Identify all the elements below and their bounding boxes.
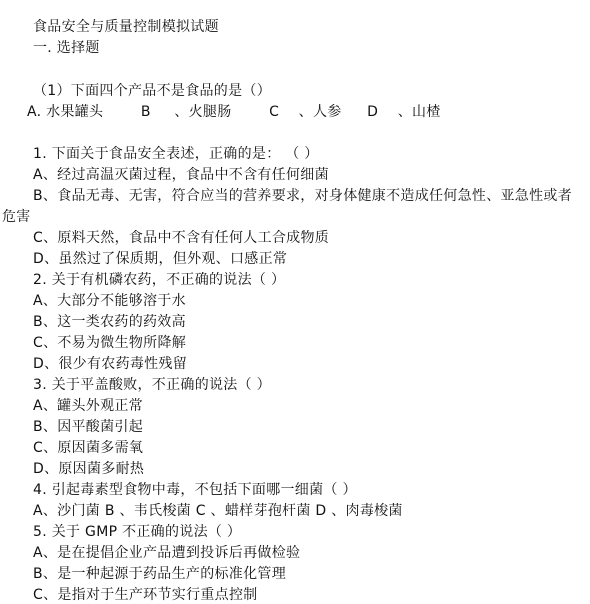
question-1-option-b-wrap: 危害	[2, 207, 31, 227]
question-4-options: A、沙门菌 B 、韦氏梭菌 C 、蜡样芽孢杆菌 D 、肉毒梭菌	[33, 501, 403, 521]
question-1-stem: 1. 下面关于食品安全表述，正确的是： （ ）	[33, 144, 319, 164]
question-5-option-c: C、是指对于生产环节实行重点控制	[33, 585, 258, 604]
question-3-option-a: A、罐头外观正常	[33, 396, 143, 416]
intro-question-options: A. 水果罐头 B 、火腿肠 C 、人参 D 、山楂	[27, 102, 441, 122]
question-5-option-b: B、是一种起源于药品生产的标准化管理	[33, 564, 286, 584]
question-2-option-d: D、很少有农药毒性残留	[33, 354, 187, 374]
question-3-stem: 3. 关于平盖酸败，不正确的说法（ ）	[33, 375, 271, 395]
option-letter: C	[269, 104, 279, 120]
option-letter: D	[367, 104, 378, 120]
question-2-option-a: A、大部分不能够溶于水	[33, 291, 186, 311]
question-1-option-d: D、虽然过了保质期，但外观、口感正常	[33, 249, 287, 269]
question-3-option-b: B、因平酸菌引起	[33, 417, 143, 437]
question-2-option-b: B、这一类农药的药效高	[33, 312, 186, 332]
question-1-option-b: B、食品无毒、无害，符合应当的营养要求，对身体健康不造成任何急性、亚急性或者	[33, 186, 572, 206]
question-5-option-a: A、是在提倡企业产品遭到投诉后再做检验	[33, 543, 300, 563]
option-text: 、山楂	[398, 104, 441, 120]
option-letter: A.	[27, 104, 41, 120]
question-3-option-d: D、原因菌多耐热	[33, 459, 144, 479]
option-letter: B	[141, 104, 151, 120]
option-text: 、人参	[299, 104, 342, 120]
option-text: 、火腿肠	[174, 104, 231, 120]
question-2-option-c: C、不易为微生物所降解	[33, 333, 186, 353]
question-1-option-c: C、原料天然，食品中不含有任何人工合成物质	[33, 228, 329, 248]
document-page: 食品安全与质量控制模拟试题 一. 选择题 （1）下面四个产品不是食品的是（） A…	[0, 0, 590, 604]
question-5-stem: 5. 关于 GMP 不正确的说法（ ）	[33, 522, 241, 542]
document-title: 食品安全与质量控制模拟试题	[33, 17, 219, 37]
intro-question-stem: （1）下面四个产品不是食品的是（）	[33, 81, 271, 101]
question-4-stem: 4. 引起毒素型食物中毒，不包括下面哪一细菌（ ）	[33, 480, 357, 500]
section-heading: 一. 选择题	[33, 38, 100, 58]
question-2-stem: 2. 关于有机磷农药，不正确的说法（ ）	[33, 270, 285, 290]
question-3-option-c: C、原因菌多需氧	[33, 438, 143, 458]
question-1-option-a: A、经过高温灭菌过程，食品中不含有任何细菌	[33, 165, 329, 185]
option-text: 水果罐头	[46, 104, 103, 120]
